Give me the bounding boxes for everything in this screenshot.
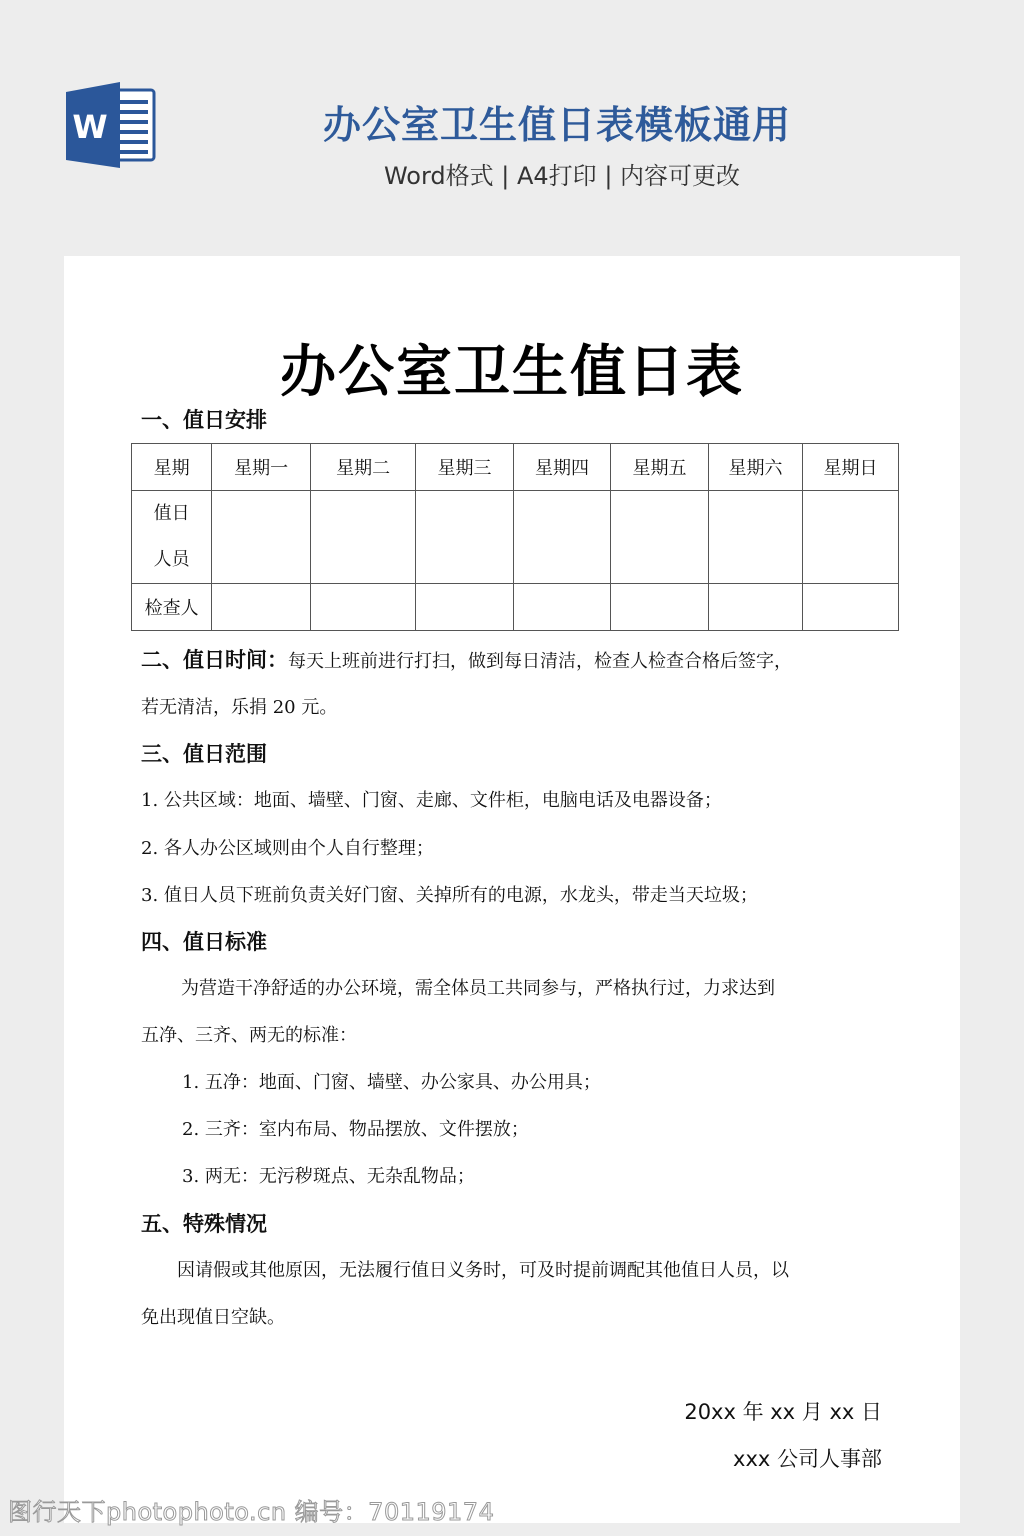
section2-line2: 若无清洁，乐捐 20 元。 — [141, 693, 901, 719]
duty-cell-mon[interactable] — [212, 491, 311, 584]
inspector-cell-tue[interactable] — [311, 584, 416, 631]
list-item: 3. 两无：无污秽斑点、无杂乱物品； — [182, 1162, 942, 1188]
signature-department: xxx 公司人事部 — [733, 1443, 882, 1473]
section5-line1: 因请假或其他原因，无法履行值日义务时，可及时提前调配其他值日人员，以 — [141, 1256, 901, 1282]
section4-intro-line2: 五净、三齐、两无的标准： — [141, 1021, 901, 1047]
table-header-cell: 星期四 — [514, 444, 611, 491]
duty-schedule-table: 星期 星期一 星期二 星期三 星期四 星期五 星期六 星期日 值日 人员 检查人 — [131, 443, 899, 631]
inspector-cell-sun[interactable] — [802, 584, 898, 631]
duty-cell-tue[interactable] — [311, 491, 416, 584]
document-title: 办公室卫生值日表 — [64, 328, 960, 408]
signature-date: 20xx 年 xx 月 xx 日 — [684, 1396, 882, 1426]
table-header-cell: 星期三 — [416, 444, 514, 491]
inspector-cell-wed[interactable] — [416, 584, 514, 631]
section1-heading: 一、值日安排 — [141, 404, 267, 434]
list-item: 1. 公共区域：地面、墙壁、门窗、走廊、文件柜，电脑电话及电器设备； — [141, 786, 901, 812]
banner-title: 办公室卫生值日表模板通用 — [0, 94, 1024, 149]
inspector-cell-fri[interactable] — [610, 584, 708, 631]
row-label-line: 值日 — [132, 491, 211, 537]
section3-heading: 三、值日范围 — [141, 738, 267, 768]
table-header-cell: 星期五 — [610, 444, 708, 491]
section4-heading: 四、值日标准 — [141, 926, 267, 956]
section5-line2: 免出现值日空缺。 — [141, 1303, 901, 1329]
table-header-row: 星期 星期一 星期二 星期三 星期四 星期五 星期六 星期日 — [132, 444, 899, 491]
list-item: 3. 值日人员下班前负责关好门窗、关掉所有的电源，水龙头，带走当天垃圾； — [141, 881, 901, 907]
duty-cell-thu[interactable] — [514, 491, 611, 584]
list-item: 2. 三齐：室内布局、物品摆放、文件摆放； — [182, 1115, 942, 1141]
inspector-cell-sat[interactable] — [708, 584, 802, 631]
table-header-cell: 星期一 — [212, 444, 311, 491]
table-header-cell: 星期二 — [311, 444, 416, 491]
section5-heading: 五、特殊情况 — [141, 1208, 267, 1238]
banner: W 办公室卫生值日表模板通用 Word格式 | A4打印 | 内容可更改 — [0, 0, 1024, 256]
list-item: 1. 五净：地面、门窗、墙壁、办公家具、办公用具； — [182, 1068, 942, 1094]
table-header-cell: 星期六 — [708, 444, 802, 491]
row-label-duty-staff: 值日 人员 — [132, 491, 212, 584]
table-row-inspector: 检查人 — [132, 584, 899, 631]
row-label-inspector: 检查人 — [132, 584, 212, 631]
table-header-cell: 星期 — [132, 444, 212, 491]
section2-text: 每天上班前进行打扫，做到每日清洁，检查人检查合格后签字， — [288, 651, 792, 672]
list-item: 2. 各人办公区域则由个人自行整理； — [141, 834, 901, 860]
table-header-cell: 星期日 — [802, 444, 898, 491]
inspector-cell-thu[interactable] — [514, 584, 611, 631]
duty-cell-fri[interactable] — [610, 491, 708, 584]
section2-heading: 二、值日时间： — [141, 648, 288, 672]
row-label-line: 人员 — [132, 537, 211, 583]
table-row-duty-staff: 值日 人员 — [132, 491, 899, 584]
duty-cell-sun[interactable] — [802, 491, 898, 584]
section2-line1: 二、值日时间：每天上班前进行打扫，做到每日清洁，检查人检查合格后签字， — [141, 644, 901, 674]
watermark: 图行天下photophoto.cn 编号：70119174 — [8, 1492, 494, 1527]
banner-subtitle: Word格式 | A4打印 | 内容可更改 — [0, 156, 1024, 191]
duty-cell-wed[interactable] — [416, 491, 514, 584]
document-page: 办公室卫生值日表 一、值日安排 星期 星期一 星期二 星期三 星期四 星期五 星… — [64, 256, 960, 1523]
section4-intro-line1: 为营造干净舒适的办公环境，需全体员工共同参与，严格执行过，力求达到 — [141, 974, 901, 1000]
duty-cell-sat[interactable] — [708, 491, 802, 584]
inspector-cell-mon[interactable] — [212, 584, 311, 631]
